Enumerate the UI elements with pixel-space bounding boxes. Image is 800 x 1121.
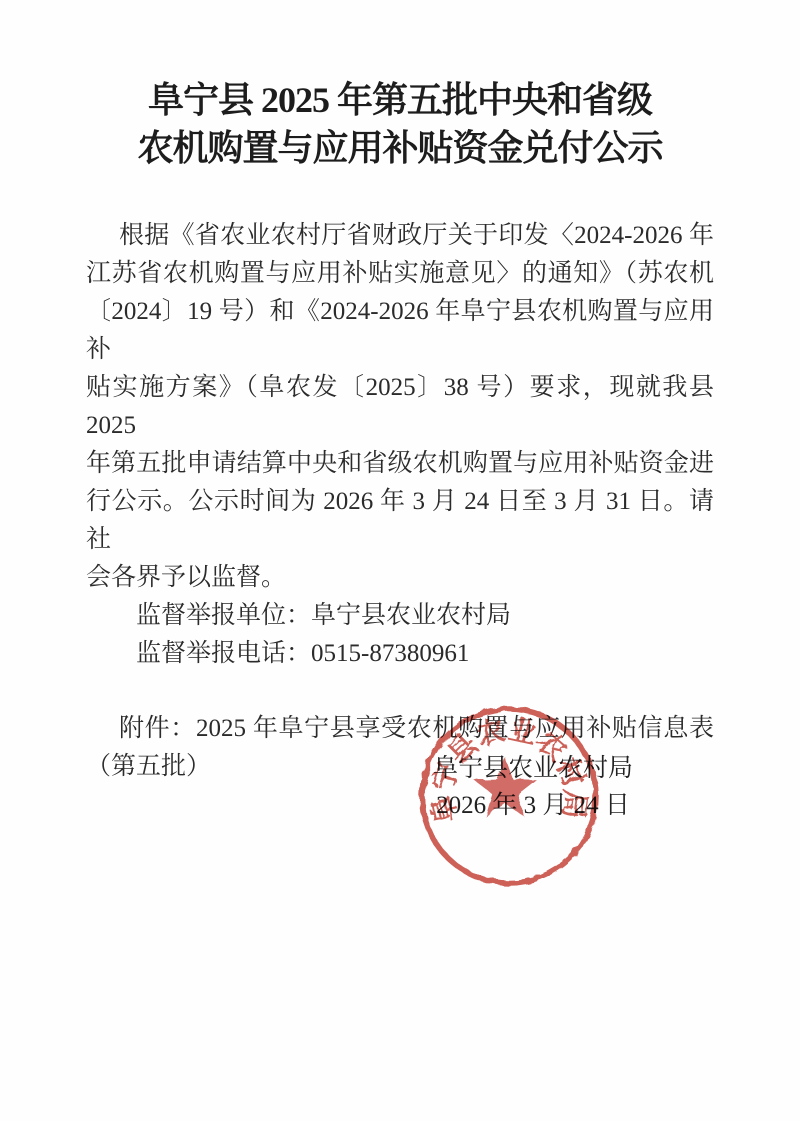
paragraph-line: 会各界予以监督。 [86,559,714,597]
official-seal: 阜宁县农业农村局 [389,676,629,916]
paragraph-line: 行公示。公示时间为 2026 年 3 月 24 日至 3 月 31 日。请社 [86,483,714,559]
document-title-line2: 农机购置与应用补贴资金兑付公示 [0,124,800,172]
paragraph-line: 〔2024〕19 号）和《2024-2026 年阜宁县农机购置与应用补 [86,293,714,369]
document-title-line1: 阜宁县 2025 年第五批中央和省级 [0,76,800,124]
paragraph-line: 江苏省农机购置与应用补贴实施意见〉的通知》（苏农机 [86,255,714,293]
paragraph-line: 年第五批申请结算中央和省级农机购置与应用补贴资金进 [86,445,714,483]
paragraph-line: 贴实施方案》（阜农发〔2025〕38 号）要求，现就我县 2025 [86,369,714,445]
document-title: 阜宁县 2025 年第五批中央和省级 农机购置与应用补贴资金兑付公示 [0,76,800,172]
supervision-unit-line: 监督举报单位：阜宁县农业农村局 [86,597,714,635]
document-page: 阜宁县 2025 年第五批中央和省级 农机购置与应用补贴资金兑付公示 根据《省农… [0,0,800,1121]
seal-star-icon [474,757,537,817]
supervision-phone-line: 监督举报电话：0515-87380961 [86,635,714,673]
paragraph-line: 根据《省农业农村厅省财政厅关于印发〈2024-2026 年 [86,217,714,255]
